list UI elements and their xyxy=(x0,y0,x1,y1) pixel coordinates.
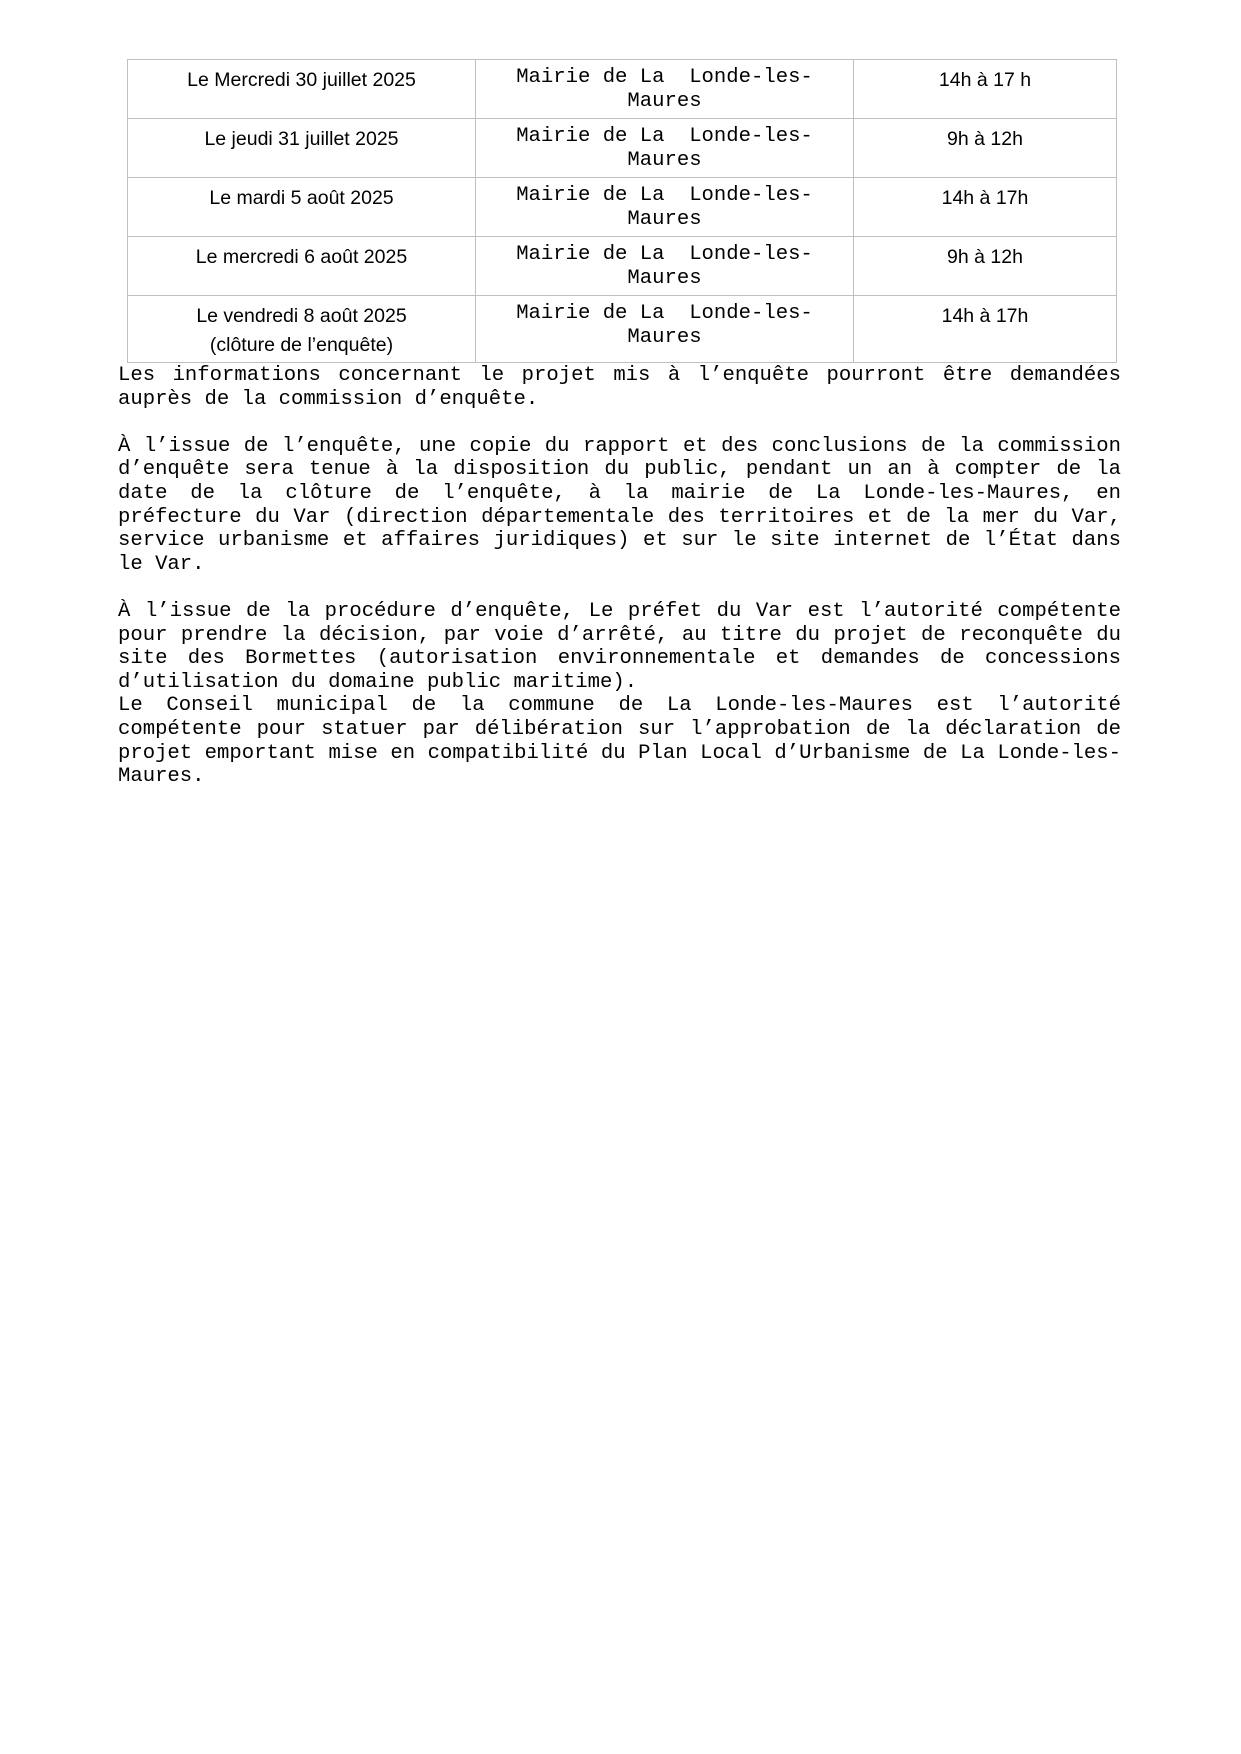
hours-text: 14h à 17h xyxy=(854,296,1116,331)
date-text: Le jeudi 31 juillet 2025 xyxy=(128,119,475,154)
date-text: Le mercredi 6 août 2025 xyxy=(128,237,475,272)
date-cell: Le Mercredi 30 juillet 2025 xyxy=(128,60,476,119)
location-cell: Mairie de La Londe-les- Maures xyxy=(476,119,854,178)
location-cell: Mairie de La Londe-les- Maures xyxy=(476,178,854,237)
date-text: Le mardi 5 août 2025 xyxy=(128,178,475,213)
hours-cell: 14h à 17 h xyxy=(854,60,1117,119)
document-page: Le Mercredi 30 juillet 2025 Mairie de La… xyxy=(0,0,1241,1754)
closing-note: (clôture de l’enquête) xyxy=(210,334,393,356)
location-text: Mairie de La Londe-les- Maures xyxy=(476,60,853,113)
hours-text: 9h à 12h xyxy=(854,119,1116,154)
hours-text: 9h à 12h xyxy=(854,237,1116,272)
date-cell: Le jeudi 31 juillet 2025 xyxy=(128,119,476,178)
location-text: Mairie de La Londe-les- Maures xyxy=(476,178,853,231)
date-text: Le Mercredi 30 juillet 2025 xyxy=(128,60,475,95)
hours-cell: 9h à 12h xyxy=(854,237,1117,296)
hours-cell: 14h à 17h xyxy=(854,296,1117,363)
location-text: Mairie de La Londe-les- Maures xyxy=(476,237,853,290)
location-cell: Mairie de La Londe-les- Maures xyxy=(476,237,854,296)
table-row: Le jeudi 31 juillet 2025 Mairie de La Lo… xyxy=(128,119,1117,178)
date-cell: Le vendredi 8 août 2025(clôture de l’enq… xyxy=(128,296,476,363)
location-cell: Mairie de La Londe-les- Maures xyxy=(476,296,854,363)
table-row: Le vendredi 8 août 2025(clôture de l’enq… xyxy=(128,296,1117,363)
location-text: Mairie de La Londe-les- Maures xyxy=(476,296,853,349)
date-cell: Le mardi 5 août 2025 xyxy=(128,178,476,237)
table-row: Le mercredi 6 août 2025 Mairie de La Lon… xyxy=(128,237,1117,296)
paragraph-information: Les informations concernant le projet mi… xyxy=(118,364,1121,411)
date-cell: Le mercredi 6 août 2025 xyxy=(128,237,476,296)
location-cell: Mairie de La Londe-les- Maures xyxy=(476,60,854,119)
paragraph-prefect-authority: À l’issue de la procédure d’enquête, Le … xyxy=(118,600,1121,694)
permanence-schedule-table: Le Mercredi 30 juillet 2025 Mairie de La… xyxy=(127,59,1117,363)
paragraph-municipal-council: Le Conseil municipal de la commune de La… xyxy=(118,694,1121,788)
hours-cell: 14h à 17h xyxy=(854,178,1117,237)
date-text: Le vendredi 8 août 2025(clôture de l’enq… xyxy=(128,296,475,360)
paragraph-report-availability: À l’issue de l’enquête, une copie du rap… xyxy=(118,435,1121,577)
location-text: Mairie de La Londe-les- Maures xyxy=(476,119,853,172)
body-text: Les informations concernant le projet mi… xyxy=(118,364,1121,789)
hours-cell: 9h à 12h xyxy=(854,119,1117,178)
hours-text: 14h à 17h xyxy=(854,178,1116,213)
table-row: Le mardi 5 août 2025 Mairie de La Londe-… xyxy=(128,178,1117,237)
hours-text: 14h à 17 h xyxy=(854,60,1116,95)
table-row: Le Mercredi 30 juillet 2025 Mairie de La… xyxy=(128,60,1117,119)
